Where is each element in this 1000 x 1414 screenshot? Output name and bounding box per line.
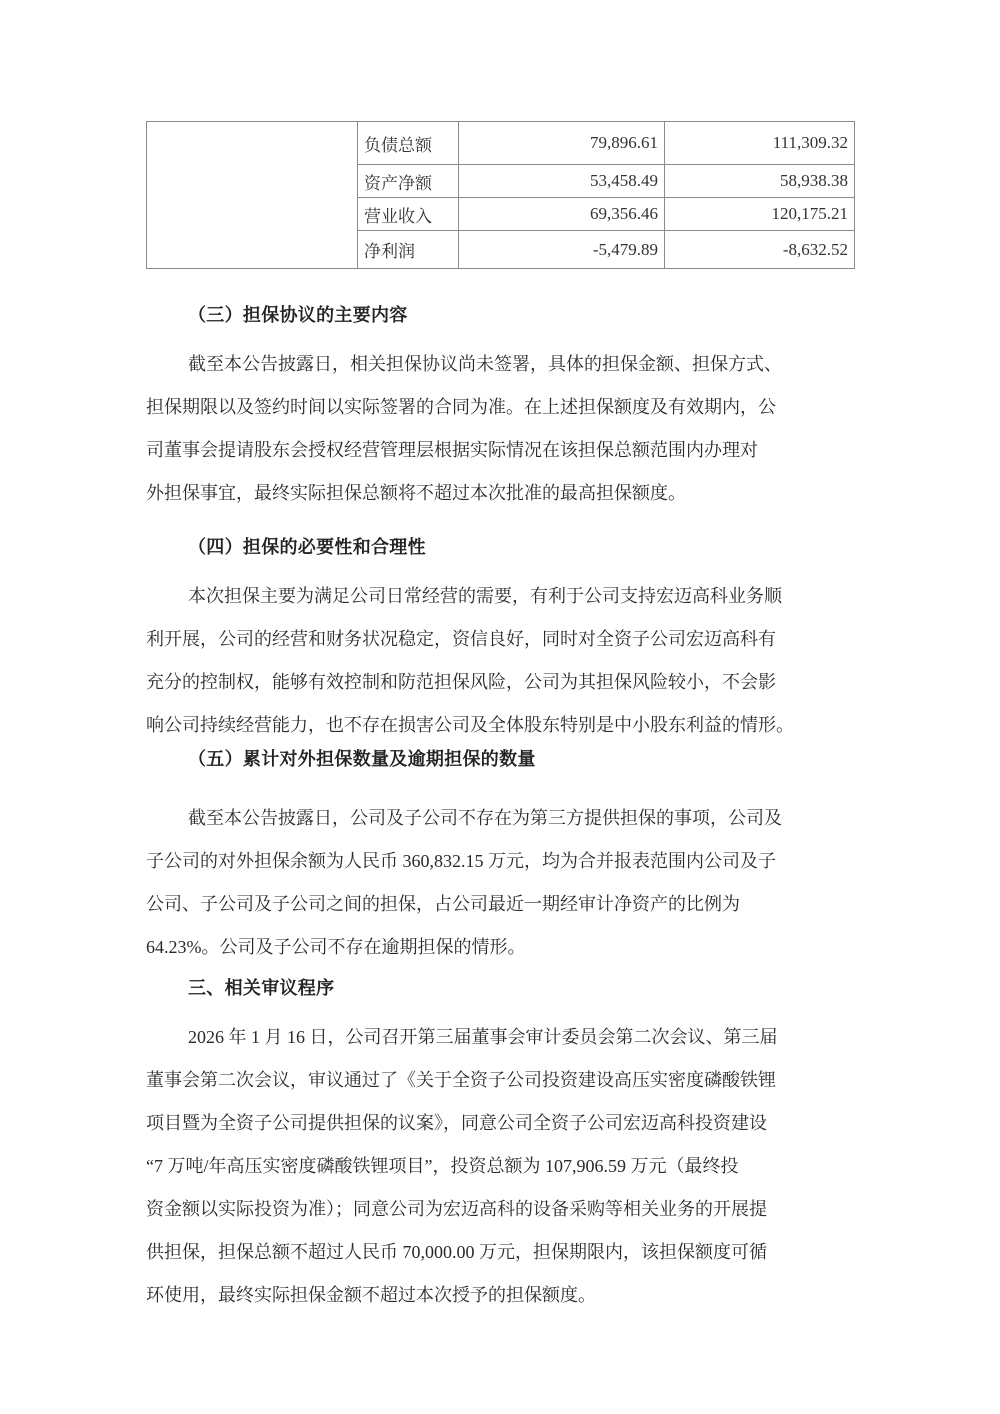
row-value-1: -5,479.89 (459, 231, 665, 269)
row-value-1: 79,896.61 (459, 122, 665, 165)
paragraph-necessity: 本次担保主要为满足公司日常经营的需要，有利于公司支持宏迈高科业务顺 利开展，公司… (146, 575, 856, 747)
paragraph-line: 司董事会提请股东会授权经营管理层根据实际情况在该担保总额范围内办理对 (146, 429, 856, 472)
section-heading-cumulative-guarantee: （五）累计对外担保数量及逾期担保的数量 (188, 745, 536, 771)
paragraph-line: 本次担保主要为满足公司日常经营的需要，有利于公司支持宏迈高科业务顺 (146, 575, 856, 618)
table-cell-blank (147, 122, 358, 269)
paragraph-line: 供担保，担保总额不超过人民币 70,000.00 万元，担保期限内，该担保额度可… (146, 1231, 856, 1274)
paragraph-line: 截至本公告披露日，公司及子公司不存在为第三方提供担保的事项，公司及 (146, 797, 856, 840)
financial-table: 负债总额 79,896.61 111,309.32 资产净额 53,458.49… (146, 121, 855, 269)
row-label: 净利润 (358, 231, 459, 269)
section-heading-necessity: （四）担保的必要性和合理性 (188, 533, 426, 559)
row-value-2: -8,632.52 (665, 231, 855, 269)
paragraph-line: “7 万吨/年高压实密度磷酸铁锂项目”，投资总额为 107,906.59 万元（… (146, 1145, 856, 1188)
row-value-2: 58,938.38 (665, 165, 855, 198)
paragraph-line: 董事会第二次会议，审议通过了《关于全资子公司投资建设高压实密度磷酸铁锂 (146, 1059, 856, 1102)
section-heading-review-procedure: 三、相关审议程序 (188, 974, 334, 1000)
paragraph-guarantee-agreement: 截至本公告披露日，相关担保协议尚未签署，具体的担保金额、担保方式、 担保期限以及… (146, 343, 856, 515)
paragraph-line: 环使用，最终实际担保金额不超过本次授予的担保额度。 (146, 1274, 856, 1317)
paragraph-line: 资金额以实际投资为准）；同意公司为宏迈高科的设备采购等相关业务的开展提 (146, 1188, 856, 1231)
row-value-1: 53,458.49 (459, 165, 665, 198)
paragraph-line: 担保期限以及签约时间以实际签署的合同为准。在上述担保额度及有效期内，公 (146, 386, 856, 429)
document-page: 负债总额 79,896.61 111,309.32 资产净额 53,458.49… (0, 0, 1000, 1414)
row-label: 营业收入 (358, 198, 459, 231)
row-value-2: 111,309.32 (665, 122, 855, 165)
paragraph-review-procedure: 2026 年 1 月 16 日，公司召开第三届董事会审计委员会第二次会议、第三届… (146, 1016, 856, 1317)
row-label: 负债总额 (358, 122, 459, 165)
section-heading-guarantee-agreement: （三）担保协议的主要内容 (188, 301, 408, 327)
paragraph-cumulative-guarantee: 截至本公告披露日，公司及子公司不存在为第三方提供担保的事项，公司及 子公司的对外… (146, 797, 856, 969)
paragraph-line: 公司、子公司及子公司之间的担保，占公司最近一期经审计净资产的比例为 (146, 883, 856, 926)
row-value-2: 120,175.21 (665, 198, 855, 231)
paragraph-line: 外担保事宜，最终实际担保总额将不超过本次批准的最高担保额度。 (146, 472, 856, 515)
table-row: 负债总额 79,896.61 111,309.32 (147, 122, 855, 165)
paragraph-line: 截至本公告披露日，相关担保协议尚未签署，具体的担保金额、担保方式、 (146, 343, 856, 386)
paragraph-line: 2026 年 1 月 16 日，公司召开第三届董事会审计委员会第二次会议、第三届 (146, 1016, 856, 1059)
paragraph-line: 响公司持续经营能力，也不存在损害公司及全体股东特别是中小股东利益的情形。 (146, 704, 856, 747)
row-value-1: 69,356.46 (459, 198, 665, 231)
paragraph-line: 项目暨为全资子公司提供担保的议案》，同意公司全资子公司宏迈高科投资建设 (146, 1102, 856, 1145)
paragraph-line: 子公司的对外担保余额为人民币 360,832.15 万元，均为合并报表范围内公司… (146, 840, 856, 883)
row-label: 资产净额 (358, 165, 459, 198)
paragraph-line: 64.23%。公司及子公司不存在逾期担保的情形。 (146, 926, 856, 969)
paragraph-line: 利开展，公司的经营和财务状况稳定，资信良好，同时对全资子公司宏迈高科有 (146, 618, 856, 661)
paragraph-line: 充分的控制权，能够有效控制和防范担保风险，公司为其担保风险较小，不会影 (146, 661, 856, 704)
